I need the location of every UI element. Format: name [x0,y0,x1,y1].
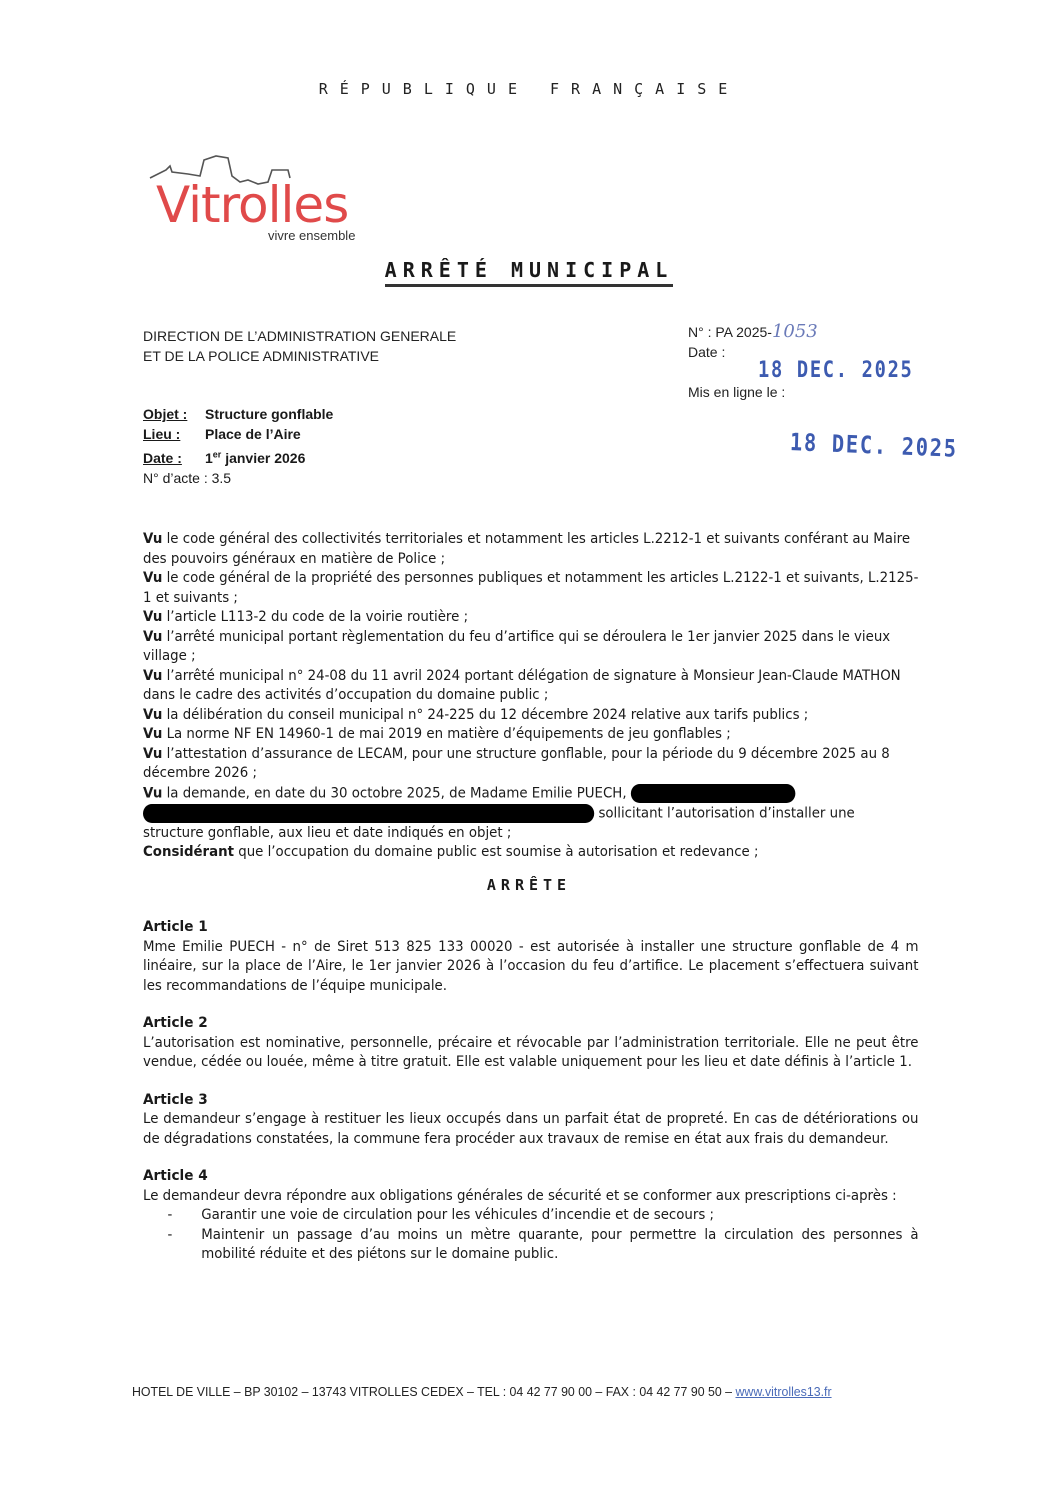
prescription-item: Garantir une voie de circulation pour le… [201,1206,918,1226]
online-date-stamp: 18 DEC. 2025 [790,428,959,463]
request-paragraph: Vu la demande, en date du 30 octobre 202… [143,784,919,844]
website-link[interactable]: www.vitrolles13.fr [735,1384,831,1399]
considerant-paragraph: Considérant que l’occupation du domaine … [143,843,919,863]
vu-item: Vu la délibération du conseil municipal … [143,706,919,726]
article-body: Le demandeur s’engage à restituer les li… [143,1110,919,1149]
date-stamp: 18 DEC. 2025 [758,358,914,383]
redacted-block [631,784,796,803]
subject-block: Objet :Structure gonflable Lieu :Place d… [143,404,333,488]
act-code: N° d’acte : 3.5 [143,468,333,488]
subject-value: Structure gonflable [205,406,333,422]
vu-item: Vu l’attestation d’assurance de LECAM, p… [143,745,919,784]
article-title: Article 2 [143,1014,919,1034]
article-body: L’autorisation est nominative, personnel… [143,1034,919,1073]
footer-address: HOTEL DE VILLE – BP 30102 – 13743 VITROL… [132,1384,832,1399]
event-date-value: 1er janvier 2026 [205,450,305,466]
legal-references: Vu le code général des collectivités ter… [143,530,919,863]
article-title: Article 3 [143,1091,919,1111]
redacted-block [143,804,594,823]
vu-item: Vu l’arrêté municipal n° 24-08 du 11 avr… [143,667,919,706]
vu-item: Vu l’article L113-2 du code de la voirie… [143,608,919,628]
article-title: Article 4 [143,1167,919,1187]
logo-wordmark: Vitrolles [156,180,348,230]
vu-item: Vu La norme NF EN 14960-1 de mai 2019 en… [143,725,919,745]
place-value: Place de l’Aire [205,426,301,442]
article-title: Article 1 [143,918,919,938]
issuing-department: DIRECTION DE L’ADMINISTRATION GENERALE E… [143,326,456,366]
handwritten-number: 1053 [772,321,818,342]
arrete-heading: ARRÊTE [0,876,1058,894]
online-label: Mis en ligne le : [688,382,818,402]
article-body: Le demandeur devra répondre aux obligati… [143,1187,919,1207]
vu-item: Vu l’arrêté municipal portant règlementa… [143,628,919,667]
document-title: ARRÊTÉ MUNICIPAL [0,258,1058,282]
vu-item: Vu le code général de la propriété des p… [143,569,919,608]
republique-francaise-header: RÉPUBLIQUE FRANÇAISE [0,80,1058,98]
prescription-item: Maintenir un passage d’au moins un mètre… [201,1226,918,1265]
act-number: N° : PA 2025-1053 [688,322,818,342]
vitrolles-logo: Vitrolles vivre ensemble [148,148,398,248]
articles: Article 1Mme Emilie PUECH - n° de Siret … [143,918,919,1265]
logo-tagline: vivre ensemble [268,228,355,243]
article-body: Mme Emilie PUECH - n° de Siret 513 825 1… [143,938,919,997]
vu-item: Vu le code général des collectivités ter… [143,530,919,569]
